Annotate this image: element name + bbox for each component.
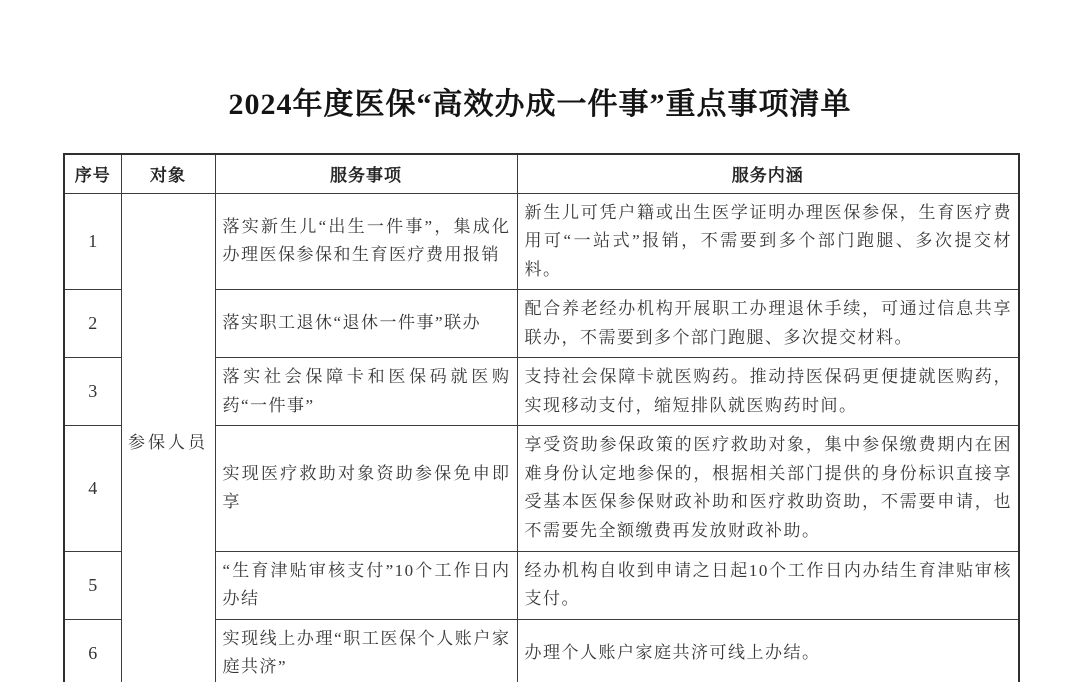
table-row: 1 参保人员 落实新生儿“出生一件事”，集成化办理医保参保和生育医疗费用报销 新… bbox=[64, 193, 1019, 290]
service-content: 支持社会保障卡就医购药。推动持医保码更便捷就医购药，实现移动支付，缩短排队就医购… bbox=[517, 358, 1019, 426]
target-group-cell: 参保人员 bbox=[121, 193, 215, 682]
col-header-item: 服务事项 bbox=[215, 154, 517, 193]
service-content: 经办机构自收到申请之日起10个工作日内办结生育津贴审核支付。 bbox=[517, 551, 1019, 619]
header-row: 序号 对象 服务事项 服务内涵 bbox=[64, 154, 1019, 193]
col-header-target: 对象 bbox=[121, 154, 215, 193]
row-number: 3 bbox=[64, 358, 121, 426]
key-items-table: 序号 对象 服务事项 服务内涵 1 参保人员 落实新生儿“出生一件事”，集成化办… bbox=[63, 153, 1020, 682]
row-number: 1 bbox=[64, 193, 121, 290]
service-content: 办理个人账户家庭共济可线上办结。 bbox=[517, 619, 1019, 682]
row-number: 5 bbox=[64, 551, 121, 619]
service-item: 实现线上办理“职工医保个人账户家庭共济” bbox=[215, 619, 517, 682]
page-title: 2024年度医保“高效办成一件事”重点事项清单 bbox=[0, 79, 1080, 123]
row-number: 6 bbox=[64, 619, 121, 682]
service-item: 落实职工退休“退休一件事”联办 bbox=[215, 290, 517, 358]
service-content: 配合养老经办机构开展职工办理退休手续，可通过信息共享联办，不需要到多个部门跑腿、… bbox=[517, 290, 1019, 358]
service-item: 实现医疗救助对象资助参保免申即享 bbox=[215, 426, 517, 551]
row-number: 2 bbox=[64, 290, 121, 358]
service-content: 新生儿可凭户籍或出生医学证明办理医保参保，生育医疗费用可“一站式”报销，不需要到… bbox=[517, 193, 1019, 290]
service-item: “生育津贴审核支付”10个工作日内办结 bbox=[215, 551, 517, 619]
service-content: 享受资助参保政策的医疗救助对象，集中参保缴费期内在困难身份认定地参保的，根据相关… bbox=[517, 426, 1019, 551]
service-item: 落实新生儿“出生一件事”，集成化办理医保参保和生育医疗费用报销 bbox=[215, 193, 517, 290]
col-header-no: 序号 bbox=[64, 154, 121, 193]
service-item: 落实社会保障卡和医保码就医购药“一件事” bbox=[215, 358, 517, 426]
row-number: 4 bbox=[64, 426, 121, 551]
col-header-content: 服务内涵 bbox=[517, 154, 1019, 193]
